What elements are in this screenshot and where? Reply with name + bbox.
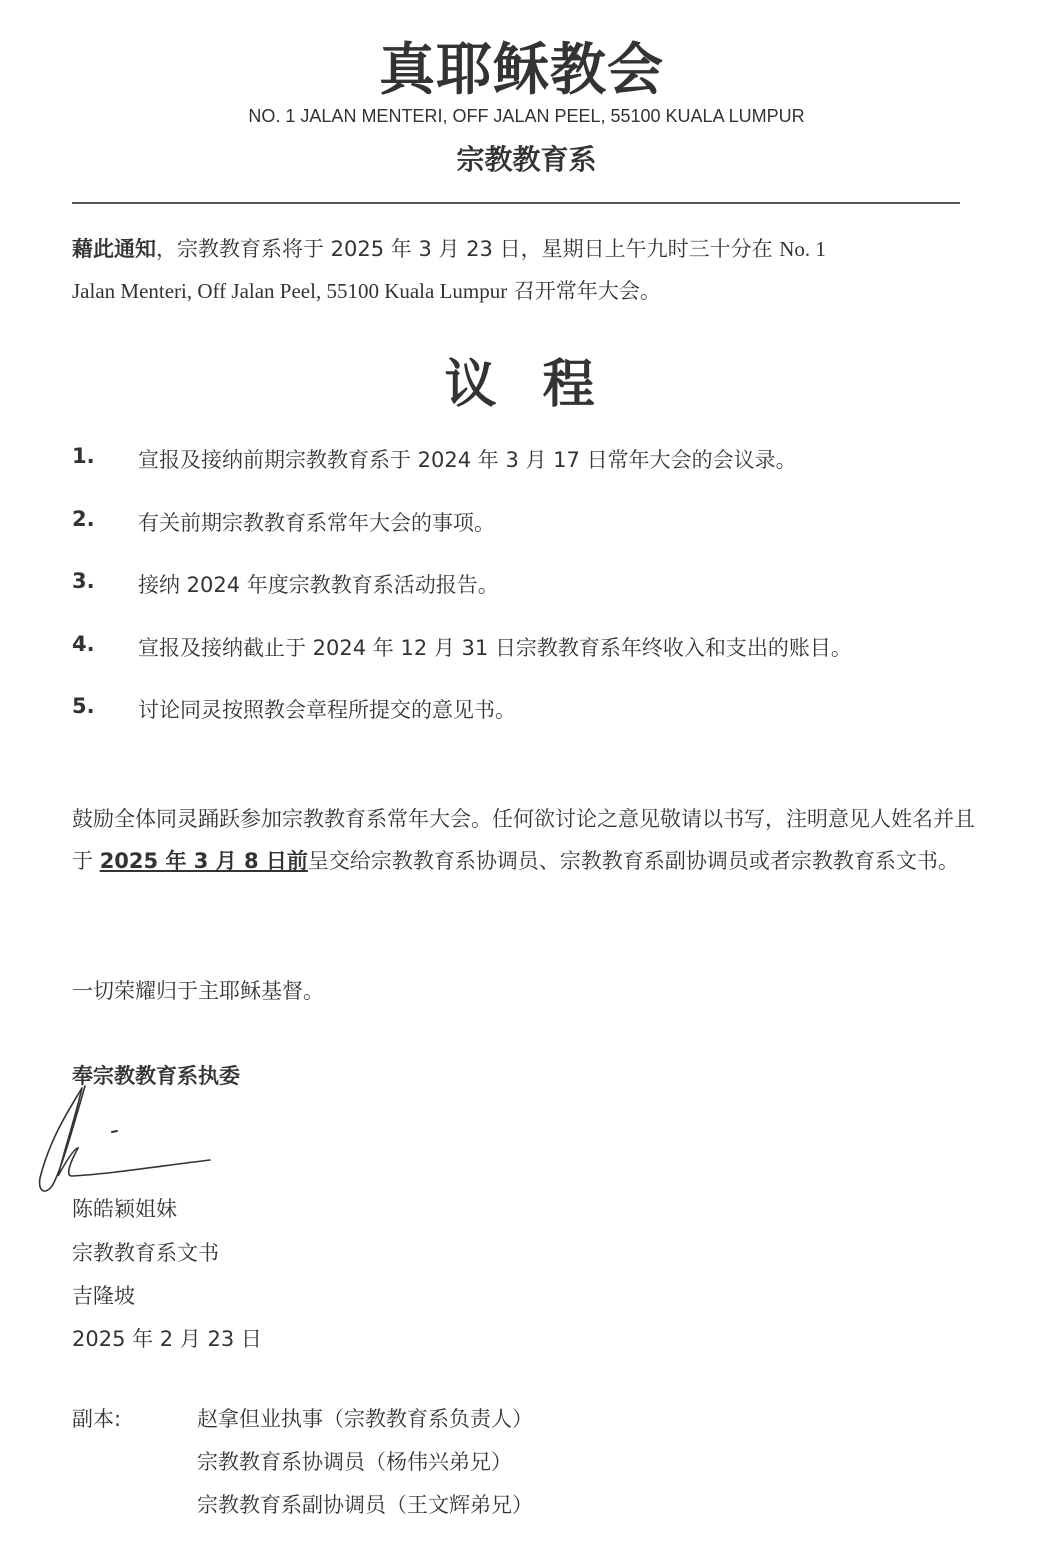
agenda-text: 宣报及接纳截止于 2024 年 12 月 31 日宗教教育系年终收入和支出的账目… <box>138 632 852 662</box>
cc-recipient: 宗教教育系协调员（杨伟兴弟兄） <box>197 1446 512 1476</box>
cc-recipient: 宗教教育系副协调员（王文辉弟兄） <box>197 1489 533 1519</box>
encouragement-text-2: 呈交给宗教教育系协调员、宗教教育系副协调员或者宗教教育系文书。 <box>308 849 959 873</box>
agenda-number: 5. <box>72 694 95 718</box>
agenda-title: 议 程 <box>0 342 1043 417</box>
agenda-item: 3. 接纳 2024 年度宗教教育系活动报告。 <box>72 569 1012 599</box>
handwritten-signature <box>30 1078 230 1198</box>
notice-lead: 藉此通知 <box>72 237 156 261</box>
notice-text-1: ，宗教教育系将于 2025 年 3 月 23 日，星期日上午九时三十分在 <box>156 237 779 261</box>
agenda-text: 接纳 2024 年度宗教教育系活动报告。 <box>138 569 499 599</box>
venue-1: No. 1 <box>779 237 826 261</box>
agenda-text: 有关前期宗教教育系常年大会的事项。 <box>138 507 495 537</box>
signer-name: 陈皓颖姐妹 <box>72 1193 177 1223</box>
agenda-number: 3. <box>72 569 95 593</box>
agenda-number: 4. <box>72 632 95 656</box>
agenda-number: 1. <box>72 444 95 468</box>
submission-deadline: 2025 年 3 月 8 日前 <box>100 849 308 873</box>
signing-date: 2025 年 2 月 23 日 <box>72 1323 262 1353</box>
header-divider <box>72 202 960 204</box>
agenda-text: 宣报及接纳前期宗教教育系于 2024 年 3 月 17 日常年大会的会议录。 <box>138 444 797 474</box>
agenda-item: 4. 宣报及接纳截止于 2024 年 12 月 31 日宗教教育系年终收入和支出… <box>72 632 1012 662</box>
venue-2: Jalan Menteri, Off Jalan Peel, 55100 Kua… <box>72 279 507 303</box>
signer-title: 宗教教育系文书 <box>72 1237 219 1267</box>
agenda-number: 2. <box>72 507 95 531</box>
agenda-item: 1. 宣报及接纳前期宗教教育系于 2024 年 3 月 17 日常年大会的会议录… <box>72 444 1012 474</box>
cc-label: 副本: <box>72 1403 121 1433</box>
meeting-notice: 藉此通知，宗教教育系将于 2025 年 3 月 23 日，星期日上午九时三十分在… <box>72 228 984 312</box>
cc-recipient: 赵拿但业执事（宗教教育系负责人） <box>197 1403 533 1433</box>
signing-place: 吉隆坡 <box>72 1280 135 1310</box>
agenda-text: 讨论同灵按照教会章程所提交的意见书。 <box>138 694 516 724</box>
church-address: NO. 1 JALAN MENTERI, OFF JALAN PEEL, 551… <box>0 106 1043 127</box>
agenda-item: 5. 讨论同灵按照教会章程所提交的意见书。 <box>72 694 1012 724</box>
notice-text-2: 召开常年大会。 <box>507 279 661 303</box>
agenda-item: 2. 有关前期宗教教育系常年大会的事项。 <box>72 507 1012 537</box>
encouragement-paragraph: 鼓励全体同灵踊跃参加宗教教育系常年大会。任何欲讨论之意见敬请以书写，注明意见人姓… <box>72 798 986 882</box>
church-name: 真耶稣教会 <box>0 26 1043 106</box>
closing-line: 一切荣耀归于主耶稣基督。 <box>72 975 324 1005</box>
department-name: 宗教教育系 <box>0 138 1043 178</box>
